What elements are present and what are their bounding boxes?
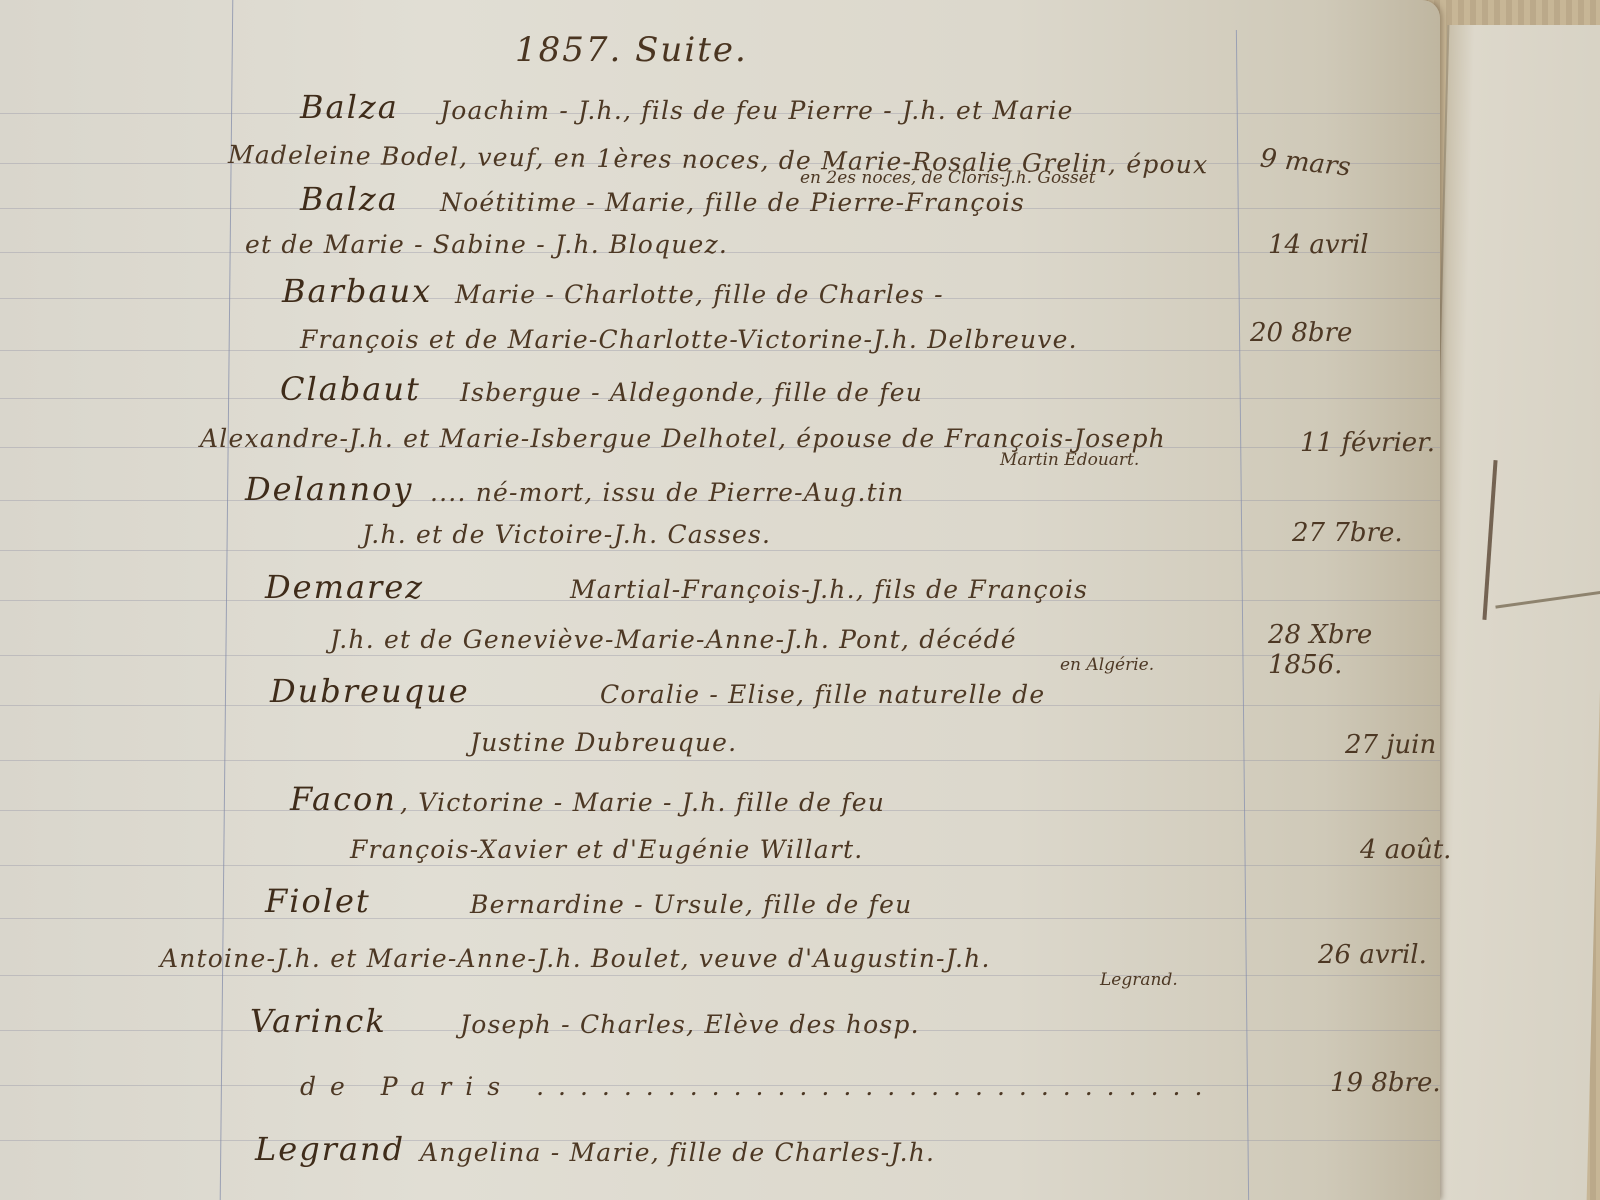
entry-surname: Dubreuque — [270, 672, 470, 710]
entry-surname: Delannoy — [245, 470, 413, 508]
entry-date: 9 mars — [1259, 143, 1352, 182]
entry-surname: Demarez — [265, 568, 424, 606]
entry-line: Noétitime - Marie, fille de Pierre-Franç… — [440, 188, 1025, 217]
entry-line: Justine Dubreuque. — [470, 728, 737, 757]
ruled-line — [0, 760, 1440, 761]
entry-line: Antoine-J.h. et Marie-Anne-J.h. Boulet, … — [160, 944, 991, 973]
entry-surname: Facon — [290, 780, 397, 818]
ruled-line — [0, 975, 1440, 976]
entry-date: 14 avril — [1268, 230, 1369, 260]
register-page: 1857. Suite. Balza Joachim - J.h., fils … — [0, 0, 1440, 1200]
entry-line: François et de Marie-Charlotte-Victorine… — [300, 325, 1078, 354]
entry-date: 4 août. — [1360, 835, 1451, 865]
entry-date: 26 avril. — [1318, 940, 1427, 970]
entry-date: 11 février. — [1300, 428, 1435, 458]
entry-line: Angelina - Marie, fille de Charles-J.h. — [420, 1138, 935, 1167]
entry-surname: Varinck — [250, 1002, 387, 1040]
entry-line: et de Marie - Sabine - J.h. Bloquez. — [245, 230, 728, 259]
entry-surname: Balza — [300, 180, 399, 218]
ruled-line — [0, 655, 1440, 656]
page-heading: 1857. Suite. — [515, 30, 748, 70]
entry-date: 20 8bre — [1250, 318, 1352, 348]
entry-line: de Paris ............................... — [300, 1072, 1216, 1101]
ruled-line — [0, 865, 1440, 866]
entry-line: Isbergue - Aldegonde, fille de feu — [460, 378, 923, 407]
date-column-rule — [1236, 30, 1249, 1200]
entry-line: , Victorine - Marie - J.h. fille de feu — [400, 788, 885, 817]
entry-surname: Balza — [300, 88, 399, 126]
entry-line: Alexandre-J.h. et Marie-Isbergue Delhote… — [200, 424, 1166, 453]
entry-line: J.h. et de Geneviève-Marie-Anne-J.h. Pon… — [330, 625, 1017, 654]
entry-interlinear: Legrand. — [1100, 970, 1178, 990]
entry-line: Marie - Charlotte, fille de Charles - — [455, 280, 944, 309]
entry-date: 27 juin — [1345, 730, 1436, 760]
entry-surname: Fiolet — [265, 882, 371, 920]
entry-line: J.h. et de Victoire-J.h. Casses. — [362, 520, 771, 549]
entry-date: 19 8bre. — [1330, 1068, 1441, 1098]
entry-line: Bernardine - Ursule, fille de feu — [470, 890, 912, 919]
entry-interlinear: en Algérie. — [1060, 655, 1154, 675]
entry-date: 27 7bre. — [1292, 518, 1403, 548]
ruled-line — [0, 550, 1440, 551]
entry-surname: Legrand — [255, 1130, 405, 1168]
entry-line: .... né-mort, issu de Pierre-Aug.tin — [430, 478, 904, 507]
entry-line: Coralie - Elise, fille naturelle de — [600, 680, 1045, 709]
entry-line: Martial-François-J.h., fils de François — [570, 575, 1088, 604]
entry-surname: Clabaut — [280, 370, 421, 408]
entry-interlinear: Martin Edouart. — [1000, 450, 1139, 470]
entry-surname: Barbaux — [282, 272, 432, 310]
entry-line: Joseph - Charles, Elève des hosp. — [460, 1010, 920, 1039]
entry-line: François-Xavier et d'Eugénie Willart. — [350, 835, 863, 864]
entry-interlinear: en 2es noces, de Cloris-J.h. Gosset — [800, 168, 1096, 188]
entry-line: Joachim - J.h., fils de feu Pierre - J.h… — [440, 96, 1074, 125]
entry-date: 28 Xbre 1856. — [1268, 620, 1378, 680]
facing-page — [1417, 25, 1600, 1200]
